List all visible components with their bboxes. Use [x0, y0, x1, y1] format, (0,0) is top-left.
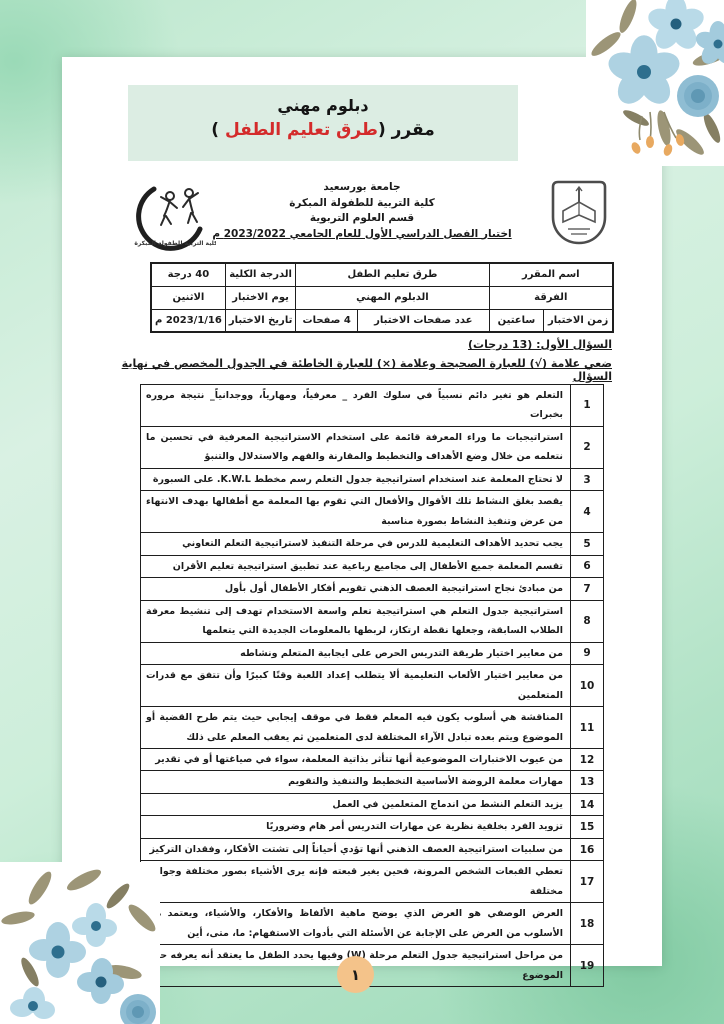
statement-row: 15تزويد الفرد بخلفية نظرية عن مهارات الت… — [141, 816, 604, 838]
statement-row: 13مهارات معلمة الروضة الأساسية التخطيط و… — [141, 771, 604, 793]
statement-number: 6 — [571, 555, 604, 577]
diploma-title-block: دبلوم مهني مقرر (طرق تعليم الطفل ) — [128, 85, 518, 161]
statement-number: 2 — [571, 426, 604, 468]
statement-row: 2استراتيجيات ما وراء المعرفة قائمة على ا… — [141, 426, 604, 468]
statement-row: 7من مبادئ نجاح استراتيجية العصف الذهني ت… — [141, 578, 604, 600]
exam-time-value: ساعتين — [489, 309, 544, 332]
exam-date-label: تاريخ الاختبار — [225, 309, 295, 332]
statement-number: 4 — [571, 491, 604, 533]
statement-text: يقصد بغلق النشاط تلك الأقوال والأفعال ال… — [141, 491, 571, 533]
course-title-name: طرق تعليم الطفل — [225, 120, 378, 140]
course-name-label: اسم المقرر — [489, 263, 613, 286]
statement-row: 1التعلم هو تغير دائم نسبياً في سلوك الفر… — [141, 385, 604, 427]
statement-number: 14 — [571, 793, 604, 815]
statements-table: 1التعلم هو تغير دائم نسبياً في سلوك الفر… — [140, 384, 604, 987]
statement-text: استراتيجية جدول التعلم هي استراتيجية تعل… — [141, 600, 571, 642]
course-title-suffix: ) — [211, 120, 225, 140]
course-title-prefix: مقرر ( — [378, 120, 435, 140]
class-value: الدبلوم المهني — [296, 286, 489, 309]
statement-text: من معايير اختيار الألعاب التعليمية ألا ي… — [141, 665, 571, 707]
statement-text: لا تحتاج المعلمة عند استخدام استراتيجية … — [141, 468, 571, 490]
class-label: الفرقة — [489, 286, 613, 309]
statement-number: 5 — [571, 533, 604, 555]
faculty-logo-icon: كلية التربية للطفولة المبكرة — [132, 181, 216, 251]
statement-text: التعلم هو تغير دائم نسبياً في سلوك الفرد… — [141, 385, 571, 427]
statement-number: 16 — [571, 838, 604, 860]
statement-row: 9من معايير اختيار طريقة التدريس الحرص عل… — [141, 642, 604, 664]
statement-row: 4يقصد بغلق النشاط تلك الأقوال والأفعال ا… — [141, 491, 604, 533]
course-name-value: طرق تعليم الطفل — [296, 263, 489, 286]
info-row-class: الفرقة الدبلوم المهني يوم الاختبار الاثن… — [151, 286, 613, 309]
statement-row: 12من عيوب الاختبارات الموضوعية أنها تتأث… — [141, 748, 604, 770]
exam-day-value: الاثنين — [151, 286, 225, 309]
statement-number: 8 — [571, 600, 604, 642]
info-row-time: زمن الاختبار ساعتين عدد صفحات الاختبار 4… — [151, 309, 613, 332]
course-title-line: مقرر (طرق تعليم الطفل ) — [128, 120, 518, 140]
statement-row: 5يجب تحديد الأهداف التعليمية للدرس في مر… — [141, 533, 604, 555]
statement-text: العرض الوصفي هو العرض الذي يوضح ماهية ال… — [141, 903, 571, 945]
statement-text: يزيد التعلم النشط من اندماج المتعلمين في… — [141, 793, 571, 815]
exam-date-value: 2023/1/16 م — [151, 309, 225, 332]
statement-text: المناقشة هي أسلوب يكون فيه المعلم فقط في… — [141, 707, 571, 749]
statement-number: 18 — [571, 903, 604, 945]
faculty-logo-caption: كلية التربية للطفولة المبكرة — [134, 240, 216, 247]
page-header: جامعة بورسعيد كلية التربية للطفولة المبك… — [62, 177, 662, 265]
page-number: ١ — [351, 966, 360, 984]
statement-number: 17 — [571, 861, 604, 903]
port-said-university-logo-icon — [548, 179, 610, 247]
university-name: جامعة بورسعيد — [182, 181, 542, 193]
statement-number: 10 — [571, 665, 604, 707]
statement-text: من معايير اختيار طريقة التدريس الحرص على… — [141, 642, 571, 664]
statement-number: 19 — [571, 945, 604, 987]
exam-time-label: زمن الاختبار — [544, 309, 613, 332]
faculty-name: كلية التربية للطفولة المبكرة — [182, 197, 542, 209]
question-section-header: السؤال الأول: (13 درجات) ضعي علامة (√) ل… — [98, 338, 612, 389]
statement-number: 3 — [571, 468, 604, 490]
blue-flowers-decoration-bottom-left-icon — [0, 854, 172, 1024]
info-row-course: اسم المقرر طرق تعليم الطفل الدرجة الكلية… — [151, 263, 613, 286]
statement-number: 11 — [571, 707, 604, 749]
statement-number: 7 — [571, 578, 604, 600]
diploma-title: دبلوم مهني — [128, 96, 518, 115]
statement-text: تعطي القبعات الشخص المرونة، فحين يغير قب… — [141, 861, 571, 903]
exam-paper-page: دبلوم مهني مقرر (طرق تعليم الطفل ) جامعة… — [62, 57, 662, 966]
statement-row: 3لا تحتاج المعلمة عند استخدام استراتيجية… — [141, 468, 604, 490]
statement-text: تزويد الفرد بخلفية نظرية عن مهارات التدر… — [141, 816, 571, 838]
header-text-block: جامعة بورسعيد كلية التربية للطفولة المبك… — [182, 181, 542, 243]
statements-body: 1التعلم هو تغير دائم نسبياً في سلوك الفر… — [141, 385, 604, 987]
statement-row: 16من سلبيات استراتيجية العصف الذهني أنها… — [141, 838, 604, 860]
statement-row: 17تعطي القبعات الشخص المرونة، فحين يغير … — [141, 861, 604, 903]
statement-row: 18العرض الوصفي هو العرض الذي يوضح ماهية … — [141, 903, 604, 945]
statement-text: استراتيجيات ما وراء المعرفة قائمة على اس… — [141, 426, 571, 468]
statement-row: 14يزيد التعلم النشط من اندماج المتعلمين … — [141, 793, 604, 815]
pages-label: عدد صفحات الاختبار — [358, 309, 490, 332]
statement-text: من مبادئ نجاح استراتيجية العصف الذهني تق… — [141, 578, 571, 600]
statement-text: يجب تحديد الأهداف التعليمية للدرس في مرح… — [141, 533, 571, 555]
statement-number: 9 — [571, 642, 604, 664]
department-name: قسم العلوم التربوية — [182, 212, 542, 224]
statement-text: من عيوب الاختبارات الموضوعية أنها تتأثر … — [141, 748, 571, 770]
document-background: دبلوم مهني مقرر (طرق تعليم الطفل ) جامعة… — [0, 0, 724, 1024]
exam-info-table: اسم المقرر طرق تعليم الطفل الدرجة الكلية… — [150, 262, 614, 333]
question-title: السؤال الأول: (13 درجات) — [98, 338, 612, 351]
statement-row: 10من معايير اختيار الألعاب التعليمية ألا… — [141, 665, 604, 707]
statement-row: 11المناقشة هي أسلوب يكون فيه المعلم فقط … — [141, 707, 604, 749]
total-grade-label: الدرجة الكلية — [225, 263, 295, 286]
blue-flowers-decoration-top-right-icon — [572, 0, 724, 172]
page-number-badge: ١ — [337, 956, 374, 993]
total-grade-value: 40 درجة — [151, 263, 225, 286]
statement-number: 15 — [571, 816, 604, 838]
statement-text: تقسم المعلمة جميع الأطفال إلى مجاميع ربا… — [141, 555, 571, 577]
pages-value: 4 صفحات — [296, 309, 358, 332]
statement-row: 6تقسم المعلمة جميع الأطفال إلى مجاميع رب… — [141, 555, 604, 577]
statement-number: 1 — [571, 385, 604, 427]
statement-text: مهارات معلمة الروضة الأساسية التخطيط وال… — [141, 771, 571, 793]
statement-text: من سلبيات استراتيجية العصف الذهني أنها ت… — [141, 838, 571, 860]
statement-number: 12 — [571, 748, 604, 770]
exam-term-line: اختبار الفصل الدراسي الأول للعام الجامعي… — [182, 228, 542, 240]
statement-number: 13 — [571, 771, 604, 793]
question-instruction: ضعي علامة (√) للعبارة الصحيحة وعلامة (×)… — [98, 357, 612, 383]
exam-day-label: يوم الاختبار — [225, 286, 295, 309]
statement-row: 8استراتيجية جدول التعلم هي استراتيجية تع… — [141, 600, 604, 642]
